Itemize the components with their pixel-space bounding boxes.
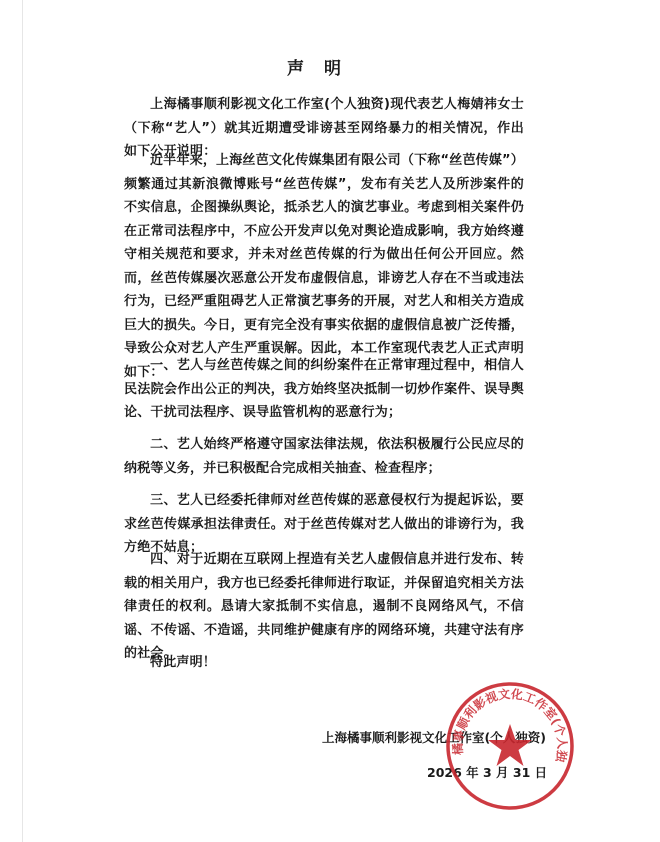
point-2: 二、艺人始终严格遵守国家法律法规，依法积极履行公民应尽的纳税等义务，并已积极配合… [124,433,524,480]
closing-line: 特此声明！ [124,651,524,675]
point-1-text: 一、艺人与丝芭传媒之间的纠纷案件在正常审理过程中，相信人民法院会作出公正的判决，… [124,358,524,420]
signature-line: 上海橘事顺利影视文化工作室(个人独资) [322,728,546,746]
official-seal-icon: 上海橘事顺利影视文化工作室(个人独资) [444,680,576,812]
point-4-text: 四、对于近期在互联网上捏造有关艺人虚假信息并进行发布、转载的相关用户，我方也已经… [124,552,524,661]
body-text: 近半年来，上海丝芭文化传媒集团有限公司（下称“丝芭传媒”）频繁通过其新浪微博账号… [124,153,524,380]
document-title: 声明 [124,54,524,79]
scan-edge [22,0,23,842]
point-2-text: 二、艺人始终严格遵守国家法律法规，依法积极履行公民应尽的纳税等义务，并已积极配合… [124,437,524,476]
point-3-text: 三、艺人已经委托律师对丝芭传媒的恶意侵权行为提起诉讼，要求丝芭传媒承担法律责任。… [124,493,524,555]
svg-text:上海橘事顺利影视文化工作室(个人独资): 上海橘事顺利影视文化工作室(个人独资) [444,680,570,764]
point-4: 四、对于近期在互联网上捏造有关艺人虚假信息并进行发布、转载的相关用户，我方也已经… [124,548,524,666]
signature-date: 2026 年 3 月 31 日 [427,763,547,781]
body-paragraph: 近半年来，上海丝芭文化传媒集团有限公司（下称“丝芭传媒”）频繁通过其新浪微博账号… [124,149,524,384]
closing-text: 特此声明！ [150,655,216,670]
point-1: 一、艺人与丝芭传媒之间的纠纷案件在正常审理过程中，相信人民法院会作出公正的判决，… [124,354,524,425]
